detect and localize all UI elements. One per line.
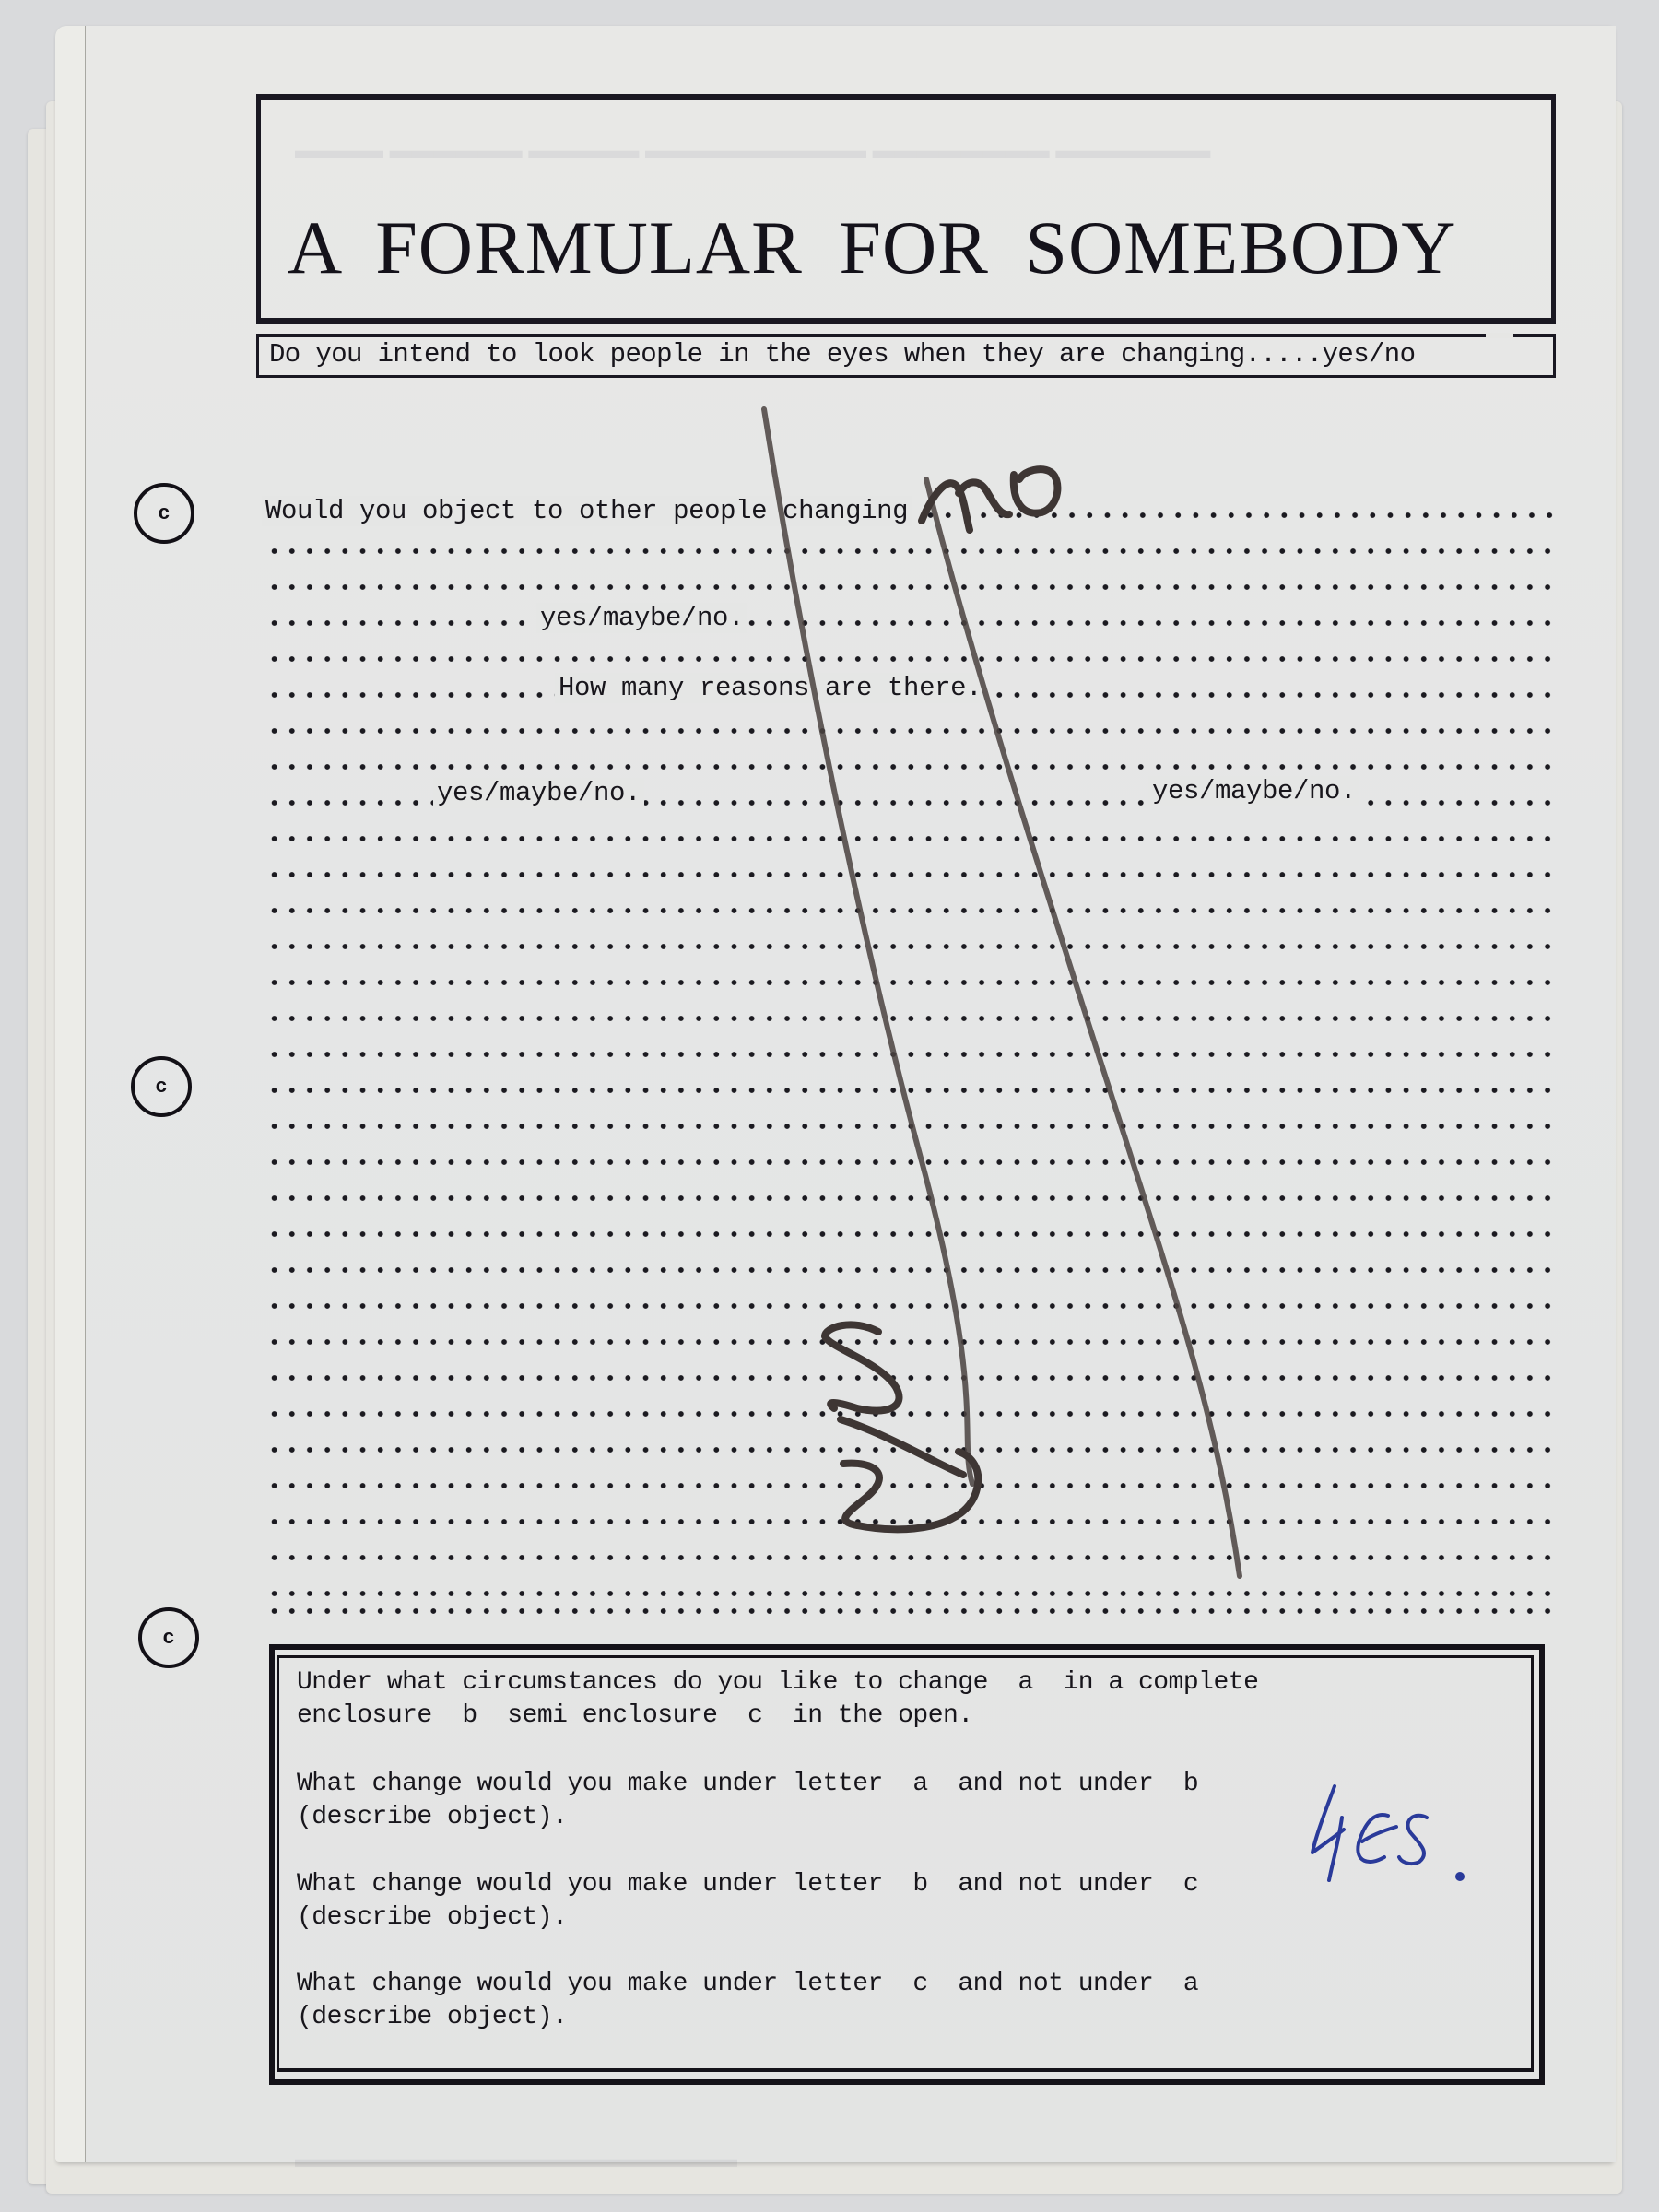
answer-line[interactable] bbox=[265, 1590, 1558, 1597]
answer-line[interactable] bbox=[265, 1123, 1558, 1130]
answer-line[interactable] bbox=[265, 979, 1558, 986]
box-gap bbox=[1486, 333, 1513, 338]
answer-line[interactable] bbox=[265, 1266, 1558, 1274]
answer-line[interactable] bbox=[265, 1446, 1558, 1453]
margin-mark-label: c bbox=[162, 1627, 174, 1650]
question-change-c-not-a: What change would you make under letter … bbox=[297, 1968, 1198, 2034]
answer-line[interactable] bbox=[265, 1410, 1558, 1418]
answer-options-1: yes/maybe/no. bbox=[536, 603, 747, 633]
answer-line[interactable] bbox=[265, 655, 1558, 663]
answer-line[interactable] bbox=[265, 1159, 1558, 1166]
question-change-b-not-c: What change would you make under letter … bbox=[297, 1868, 1198, 1935]
answer-line[interactable] bbox=[265, 547, 1558, 555]
answer-line[interactable] bbox=[922, 512, 1558, 519]
page-title: A FORMULAR FOR SOMEBODY bbox=[288, 205, 1457, 291]
answer-line[interactable] bbox=[265, 1482, 1558, 1489]
margin-mark-label: c bbox=[155, 1076, 167, 1099]
answer-line[interactable] bbox=[265, 619, 1558, 627]
answer-line[interactable] bbox=[265, 1015, 1558, 1022]
answer-line[interactable] bbox=[265, 727, 1558, 735]
question-circumstances: Under what circumstances do you like to … bbox=[297, 1666, 1258, 1733]
margin-mark-c: c bbox=[138, 1607, 199, 1668]
answer-options-2-right: yes/maybe/no. bbox=[1148, 776, 1359, 806]
answer-line[interactable] bbox=[265, 1230, 1558, 1238]
answer-line[interactable] bbox=[265, 1338, 1558, 1346]
answer-line[interactable] bbox=[265, 1554, 1558, 1561]
answer-line[interactable] bbox=[265, 1194, 1558, 1202]
answer-line[interactable] bbox=[265, 1607, 1558, 1615]
answer-line[interactable] bbox=[265, 907, 1558, 914]
answer-options-2-left: yes/maybe/no. bbox=[433, 778, 644, 808]
answer-line[interactable] bbox=[265, 1302, 1558, 1310]
answer-line[interactable] bbox=[265, 871, 1558, 878]
margin-mark-c: c bbox=[131, 1056, 192, 1117]
answer-line[interactable] bbox=[265, 1374, 1558, 1382]
answer-line[interactable] bbox=[265, 1518, 1558, 1525]
answer-line[interactable] bbox=[265, 943, 1558, 950]
intro-question: Do you intend to look people in the eyes… bbox=[269, 339, 1415, 370]
answer-line[interactable] bbox=[265, 763, 1558, 771]
margin-mark-label: c bbox=[158, 502, 170, 525]
answer-line[interactable] bbox=[265, 835, 1558, 842]
margin-mark-c: c bbox=[134, 483, 194, 544]
question-how-many-reasons: How many reasons are there. bbox=[555, 673, 985, 703]
answer-line[interactable] bbox=[265, 1051, 1558, 1058]
answer-line[interactable] bbox=[265, 583, 1558, 591]
question-change-a-not-b: What change would you make under letter … bbox=[297, 1768, 1198, 1834]
question-object-changing: Would you object to other people changin… bbox=[262, 496, 912, 526]
answer-line[interactable] bbox=[265, 1087, 1558, 1094]
show-through-text: ▬▬▬▬▬▬▬▬▬▬▬▬▬▬▬▬▬▬▬▬ bbox=[295, 2147, 737, 2173]
